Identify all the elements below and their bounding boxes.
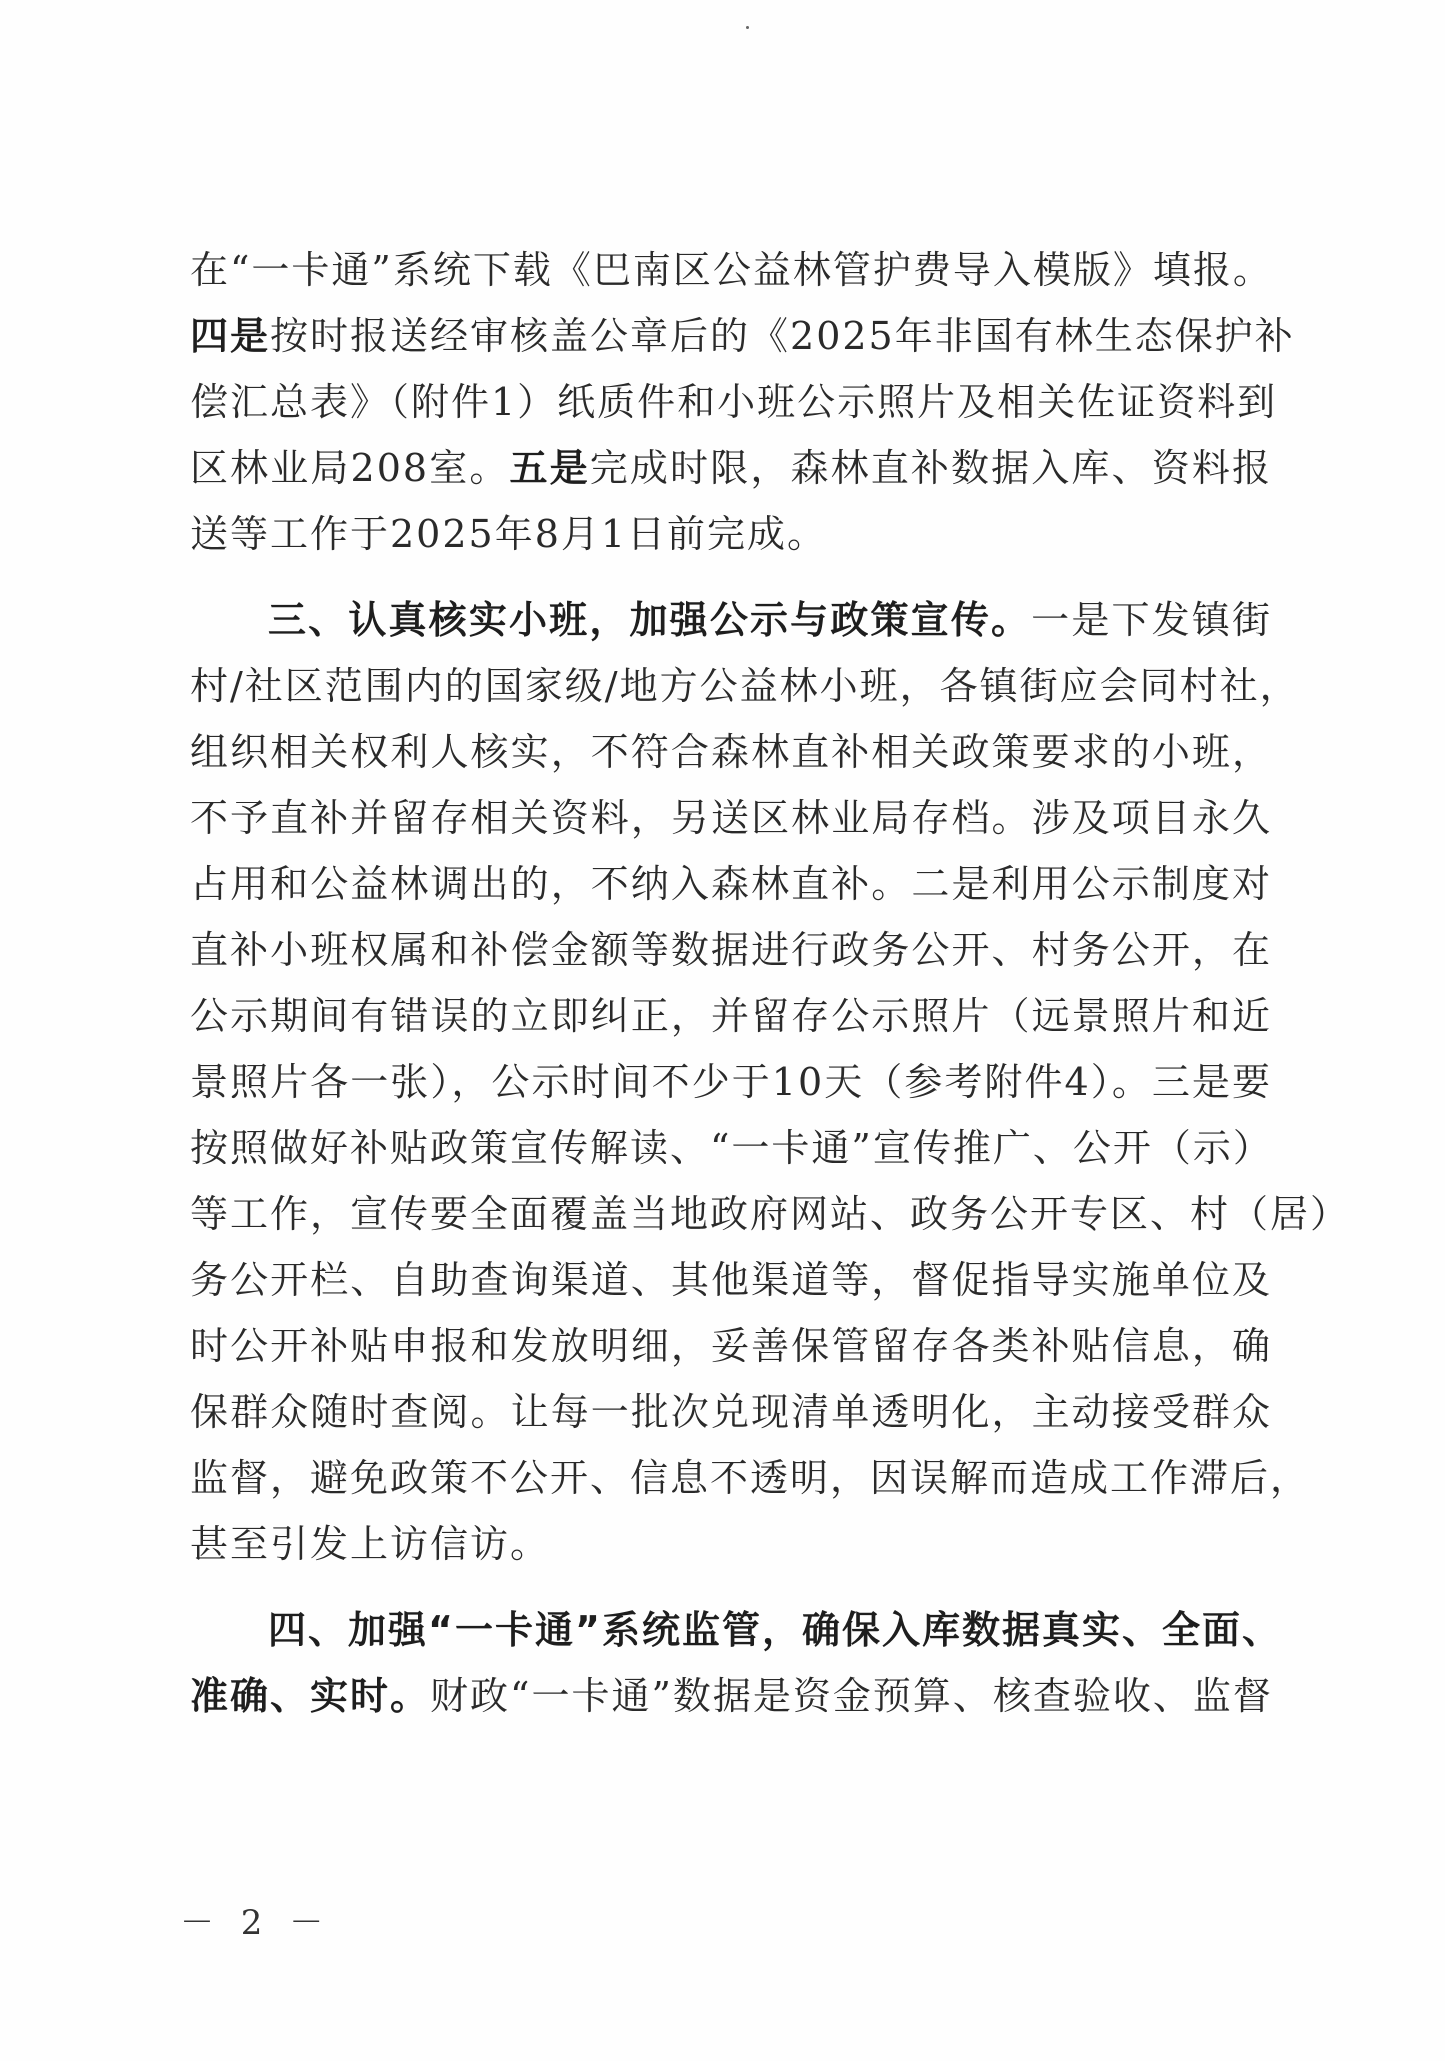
line-text: 村/社区范围内的国家级/地方公益林小班，各镇街应会同村社， (190, 664, 1300, 708)
line-text: 公示期间有错误的立即纠正，并留存公示照片（远景照片和近 (190, 994, 1272, 1038)
line-text: 按照做好补贴政策宣传解读、“一卡通”宣传推广、公开（示） (190, 1126, 1273, 1170)
line-text: 时公开补贴申报和发放明细，妥善保管留存各类补贴信息，确 (190, 1324, 1272, 1368)
text-line: 时公开补贴申报和发放明细，妥善保管留存各类补贴信息，确 (190, 1316, 1272, 1376)
text-line: 村/社区范围内的国家级/地方公益林小班，各镇街应会同村社， (190, 656, 1272, 716)
document-page: 在“一卡通”系统下载《巴南区公益林管护费导入模版》填报。 四是按时报送经审核盖公… (0, 0, 1445, 2061)
text-line: 偿汇总表》（附件1）纸质件和小班公示照片及相关佐证资料到 (190, 372, 1272, 432)
line-text: 财政“一卡通”数据是资金预算、核查验收、监督 (430, 1674, 1273, 1718)
line-text: 完成时限，森林直补数据入库、资料报 (590, 446, 1272, 490)
line-text: 景照片各一张），公示时间不少于10天（参考附件4）。三是要 (190, 1060, 1272, 1104)
text-line: 务公开栏、自助查询渠道、其他渠道等，督促指导实施单位及 (190, 1250, 1272, 1310)
text-line: 按照做好补贴政策宣传解读、“一卡通”宣传推广、公开（示） (190, 1118, 1272, 1178)
line-text: 在“一卡通”系统下载《巴南区公益林管护费导入模版》填报。 (190, 248, 1273, 292)
emphasis: 准确、实时。 (190, 1674, 430, 1718)
page-number: － 2 － (180, 1895, 331, 1944)
line-text: 占用和公益林调出的，不纳入森林直补。二是利用公示制度对 (190, 862, 1272, 906)
text-line: 送等工作于2025年8月1日前完成。 (190, 504, 1272, 564)
section-heading-3: 三、认真核实小班，加强公示与政策宣传。一是下发镇街 (268, 590, 1272, 650)
text-line: 保群众随时查阅。让每一批次兑现清单透明化，主动接受群众 (190, 1382, 1272, 1442)
text-line: 四是按时报送经审核盖公章后的《2025年非国有林生态保护补 (190, 306, 1272, 366)
emphasis: 四是 (190, 314, 270, 358)
text-line: 在“一卡通”系统下载《巴南区公益林管护费导入模版》填报。 (190, 240, 1272, 300)
scan-speck (746, 26, 749, 29)
line-text: 监督，避免政策不公开、信息不透明，因误解而造成工作滞后， (190, 1456, 1310, 1500)
text-line: 区林业局208室。五是完成时限，森林直补数据入库、资料报 (190, 438, 1272, 498)
text-line: 占用和公益林调出的，不纳入森林直补。二是利用公示制度对 (190, 854, 1272, 914)
emphasis: 五是 (510, 446, 590, 490)
line-text: 送等工作于2025年8月1日前完成。 (190, 512, 827, 556)
text-line: 景照片各一张），公示时间不少于10天（参考附件4）。三是要 (190, 1052, 1272, 1112)
line-text: 直补小班权属和补偿金额等数据进行政务公开、村务公开，在 (190, 928, 1272, 972)
line-text: 不予直补并留存相关资料，另送区林业局存档。涉及项目永久 (190, 796, 1272, 840)
line-text: 等工作，宣传要全面覆盖当地政府网站、政务公开专区、村（居） (190, 1192, 1350, 1236)
line-text: 一是下发镇街 (1031, 598, 1272, 642)
text-line: 监督，避免政策不公开、信息不透明，因误解而造成工作滞后， (190, 1448, 1272, 1508)
text-line: 公示期间有错误的立即纠正，并留存公示照片（远景照片和近 (190, 986, 1272, 1046)
line-text: 保群众随时查阅。让每一批次兑现清单透明化，主动接受群众 (190, 1390, 1272, 1434)
text-line: 甚至引发上访信访。 (190, 1514, 1272, 1574)
text-line: 不予直补并留存相关资料，另送区林业局存档。涉及项目永久 (190, 788, 1272, 848)
line-text: 务公开栏、自助查询渠道、其他渠道等，督促指导实施单位及 (190, 1258, 1272, 1302)
section-heading-4: 四、加强“一卡通”系统监管，确保入库数据真实、全面、 (268, 1600, 1272, 1660)
heading-text: 三、认真核实小班，加强公示与政策宣传。 (268, 598, 1031, 642)
text-line: 组织相关权利人核实，不符合森林直补相关政策要求的小班， (190, 722, 1272, 782)
heading-text: 四、加强“一卡通”系统监管，确保入库数据真实、全面、 (268, 1608, 1282, 1652)
line-text: 区林业局208室。 (190, 446, 510, 490)
text-line: 直补小班权属和补偿金额等数据进行政务公开、村务公开，在 (190, 920, 1272, 980)
text-line: 准确、实时。财政“一卡通”数据是资金预算、核查验收、监督 (190, 1666, 1272, 1726)
line-text: 偿汇总表》（附件1）纸质件和小班公示照片及相关佐证资料到 (190, 380, 1277, 424)
line-text: 甚至引发上访信访。 (190, 1522, 550, 1566)
line-text: 组织相关权利人核实，不符合森林直补相关政策要求的小班， (190, 730, 1272, 774)
text-line: 等工作，宣传要全面覆盖当地政府网站、政务公开专区、村（居） (190, 1184, 1272, 1244)
line-text: 按时报送经审核盖公章后的《2025年非国有林生态保护补 (270, 314, 1295, 358)
